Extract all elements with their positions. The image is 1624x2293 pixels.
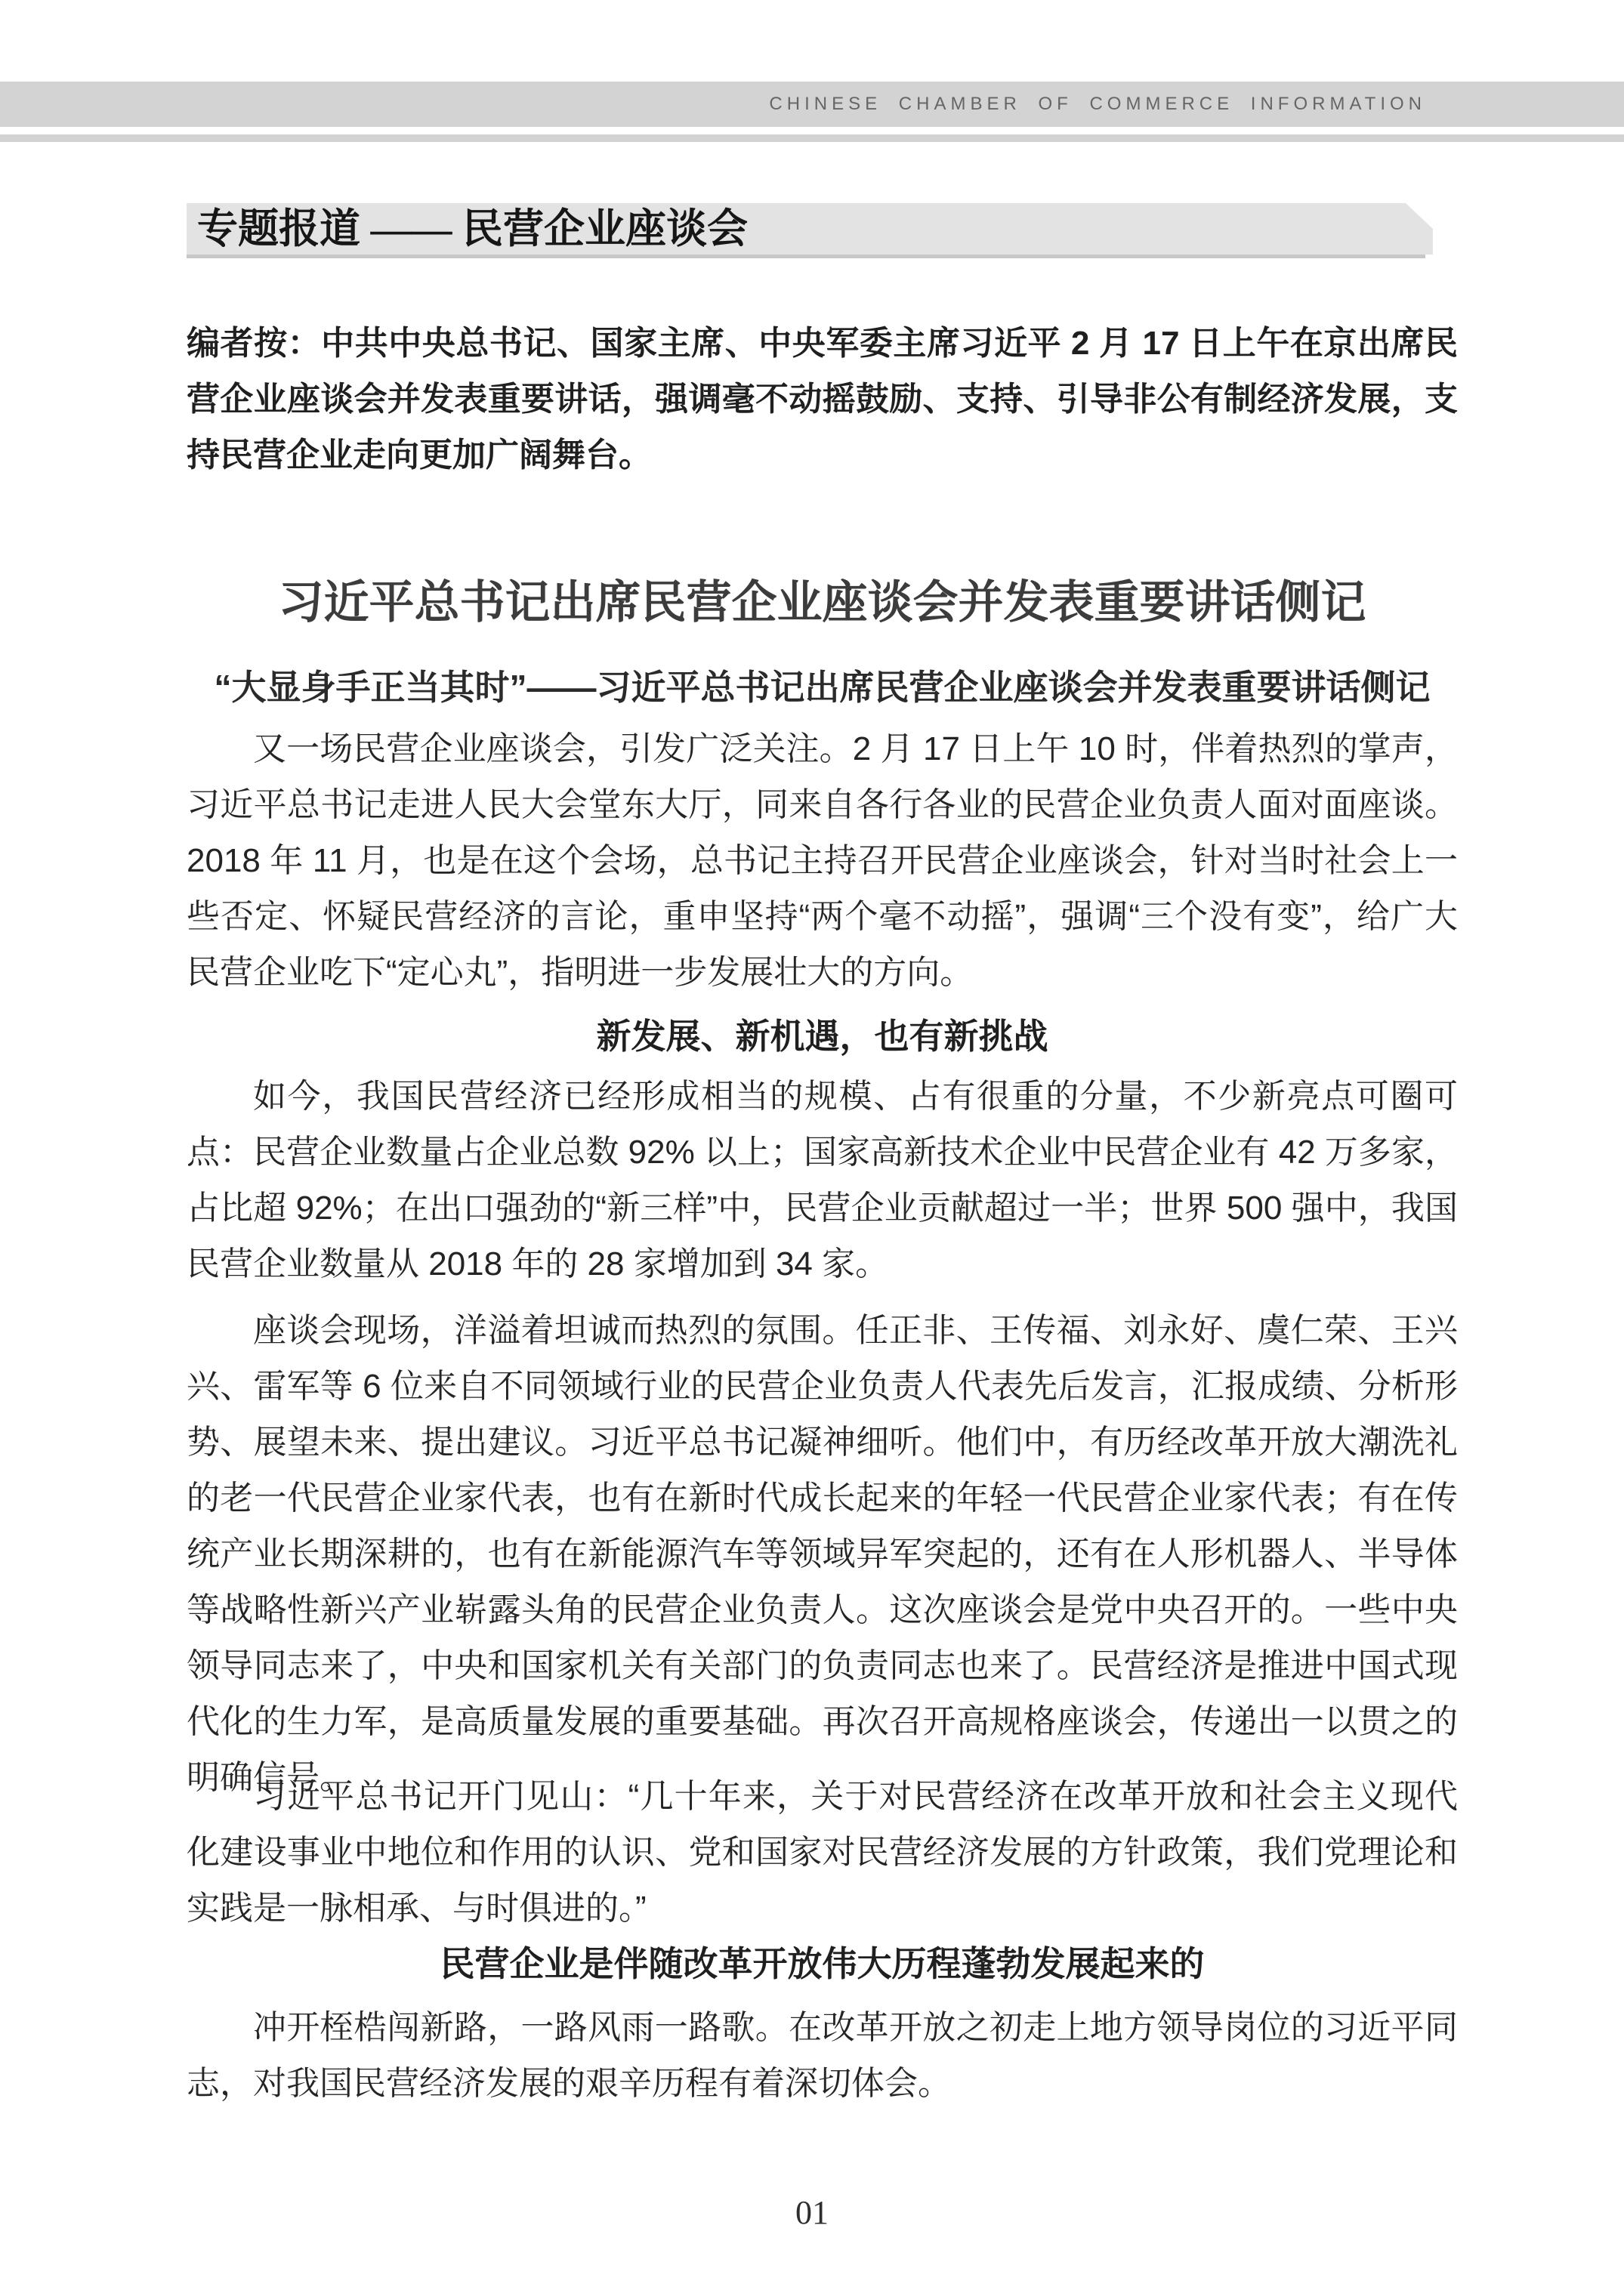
- subheading-2: 民营企业是伴随改革开放伟大历程蓬勃发展起来的: [187, 1944, 1458, 1983]
- masthead-band: CHINESE CHAMBER OF COMMERCE INFORMATION: [0, 82, 1624, 127]
- paragraph-3: 座谈会现场，洋溢着坦诚而热烈的氛围。任正非、王传福、刘永好、虞仁荣、王兴兴、雷军…: [187, 1303, 1458, 1806]
- masthead-rule: [0, 134, 1624, 142]
- subheading-1: 新发展、新机遇，也有新挑战: [187, 1017, 1458, 1056]
- section-title-bar: 专题报道 —— 民营企业座谈会: [187, 203, 1433, 255]
- section-title-bar-shadow: [187, 255, 1425, 258]
- paragraph-4: 习近平总书记开门见山：“几十年来，关于对民营经济在改革开放和社会主义现代化建设事…: [187, 1769, 1458, 1937]
- section-title: 专题报道 —— 民营企业座谈会: [187, 203, 748, 255]
- article-subtitle: “大显身手正当其时”——习近平总书记出席民营企业座谈会并发表重要讲话侧记: [187, 668, 1458, 707]
- page-number: 01: [0, 2195, 1624, 2231]
- masthead-title: CHINESE CHAMBER OF COMMERCE INFORMATION: [769, 94, 1426, 115]
- paragraph-1: 又一场民营企业座谈会，引发广泛关注。2 月 17 日上午 10 时，伴着热烈的掌…: [187, 721, 1458, 1001]
- paragraph-5: 冲开桎梏闯新路，一路风雨一路歌。在改革开放之初走上地方领导岗位的习近平同志，对我…: [187, 2000, 1458, 2112]
- paragraph-2: 如今，我国民营经济已经形成相当的规模、占有很重的分量，不少新亮点可圈可点：民营企…: [187, 1069, 1458, 1292]
- article-title: 习近平总书记出席民营企业座谈会并发表重要讲话侧记: [187, 579, 1458, 627]
- editor-note: 编者按：中共中央总书记、国家主席、中央军委主席习近平 2 月 17 日上午在京出…: [187, 316, 1458, 483]
- document-page: CHINESE CHAMBER OF COMMERCE INFORMATION …: [0, 0, 1624, 2293]
